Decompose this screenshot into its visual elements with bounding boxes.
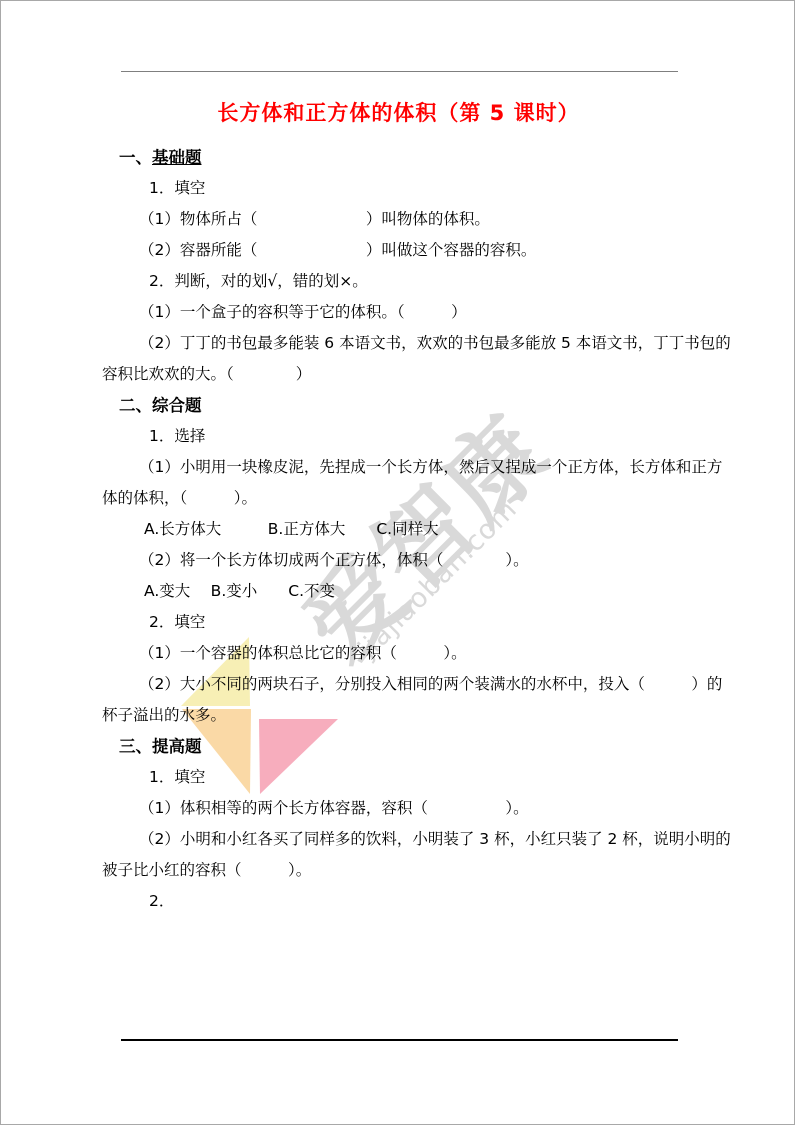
worksheet-line: （2）大小不同的两块石子，分别投入相同的两个装满水的水杯中，投入（ ）的 [139,669,795,700]
worksheet-line: 1．选择 [149,421,795,452]
worksheet-line: 1．填空 [149,762,795,793]
heading-title: 基础题 [152,148,202,167]
worksheet-line: （2）容器所能（ ）叫做这个容器的容积。 [139,235,795,266]
worksheet-body: 一、基础题1．填空（1）物体所占（ ）叫物体的体积。（2）容器所能（ ）叫做这个… [1,142,795,917]
worksheet-line: 体的体积，（ ）。 [102,483,795,514]
worksheet-line: （1）物体所占（ ）叫物体的体积。 [139,204,795,235]
heading-prefix: 一、 [119,148,152,167]
worksheet-line: 1．填空 [149,173,795,204]
worksheet-line: （2）丁丁的书包最多能装 6 本语文书，欢欢的书包最多能放 5 本语文书，丁丁书… [139,328,795,359]
worksheet-line: 杯子溢出的水多。 [102,700,795,731]
section-heading: 一、基础题 [119,142,795,173]
heading-title: 综合题 [152,396,202,415]
worksheet-line: 2． [149,886,795,917]
heading-prefix: 三、 [119,737,152,756]
worksheet-line: （1）小明用一块橡皮泥，先捏成一个长方体，然后又捏成一个正方体，长方体和正方 [139,452,795,483]
worksheet-line: 2．填空 [149,607,795,638]
worksheet-line: （1）一个容器的体积总比它的容积（ ）。 [139,638,795,669]
worksheet-page: 爱智康 jiajiaoban.com 长方体和正方体的体积（第 5 课时） 一、… [0,0,795,1125]
worksheet-line: 2．判断，对的划√，错的划×。 [149,266,795,297]
heading-title: 提高题 [152,737,202,756]
worksheet-line: 被子比小红的容积（ ）。 [102,855,795,886]
section-heading: 二、综合题 [119,390,795,421]
worksheet-line: （2）将一个长方体切成两个正方体，体积（ ）。 [139,545,795,576]
worksheet-line: （1）体积相等的两个长方体容器，容积（ ）。 [139,793,795,824]
heading-prefix: 二、 [119,396,152,415]
worksheet-line: （1）一个盒子的容积等于它的体积。（ ） [139,297,795,328]
section-heading: 三、提高题 [119,731,795,762]
worksheet-line: 容积比欢欢的大。（ ） [102,359,795,390]
footer-rule [121,1039,678,1041]
page-title: 长方体和正方体的体积（第 5 课时） [1,97,795,127]
worksheet-line: A.变大 B.变小 C.不变 [144,576,795,607]
worksheet-line: （2）小明和小红各买了同样多的饮料，小明装了 3 杯，小红只装了 2 杯，说明小… [139,824,795,855]
worksheet-line: A.长方体大 B.正方体大 C.同样大 [144,514,795,545]
